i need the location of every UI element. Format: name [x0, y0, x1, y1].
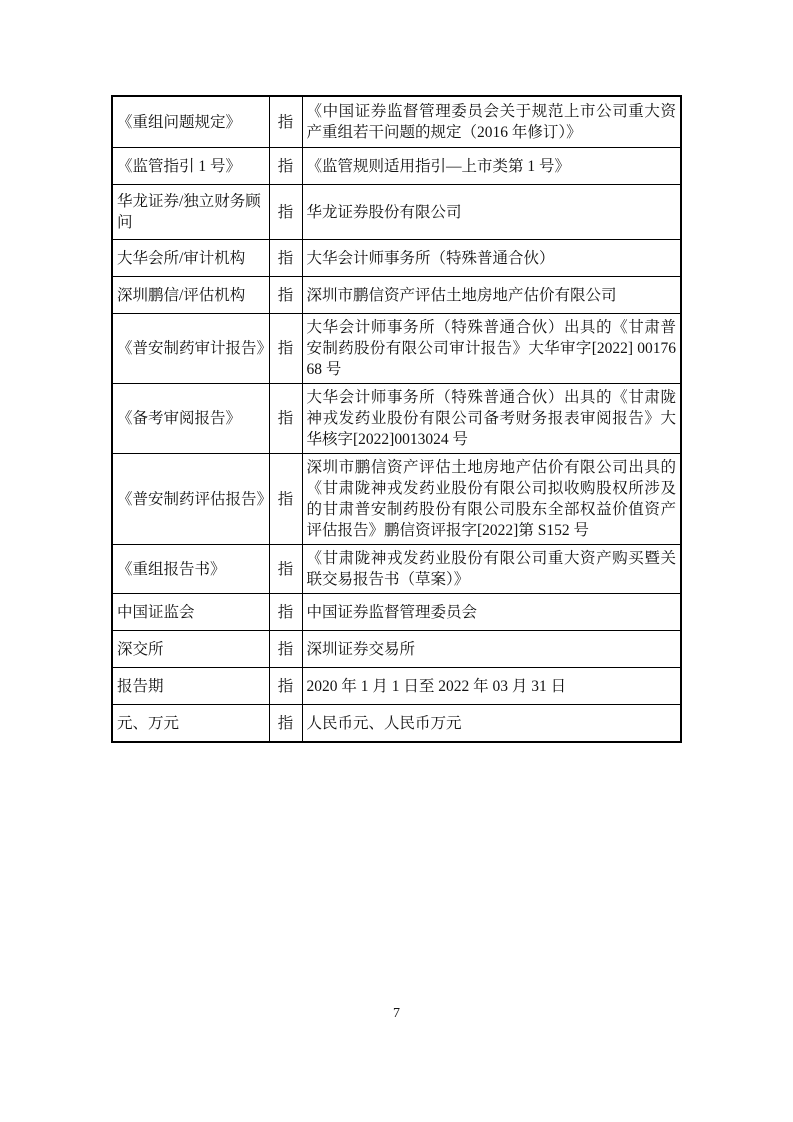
definition-cell: 大华会计师事务所（特殊普通合伙）出具的《甘肃普安制药股份有限公司审计报告》大华审… [302, 314, 681, 384]
indicator-cell: 指 [269, 240, 302, 277]
term-cell: 深交所 [112, 631, 269, 668]
term-cell: 深圳鹏信/评估机构 [112, 277, 269, 314]
table-row: 大华会所/审计机构 指 大华会计师事务所（特殊普通合伙） [112, 240, 681, 277]
definition-cell: 《中国证券监督管理委员会关于规范上市公司重大资产重组若干问题的规定（2016 年… [302, 96, 681, 148]
definition-cell: 《甘肃陇神戎发药业股份有限公司重大资产购买暨关联交易报告书（草案）》 [302, 545, 681, 594]
term-cell: 《普安制药评估报告》 [112, 454, 269, 545]
term-cell: 《监管指引 1 号》 [112, 148, 269, 185]
definition-cell: 中国证券监督管理委员会 [302, 594, 681, 631]
indicator-cell: 指 [269, 705, 302, 743]
table-row: 《重组报告书》 指 《甘肃陇神戎发药业股份有限公司重大资产购买暨关联交易报告书（… [112, 545, 681, 594]
indicator-cell: 指 [269, 668, 302, 705]
term-cell: 《重组问题规定》 [112, 96, 269, 148]
document-page: 《重组问题规定》 指 《中国证券监督管理委员会关于规范上市公司重大资产重组若干问… [0, 0, 793, 1122]
term-cell: 《普安制药审计报告》 [112, 314, 269, 384]
definition-cell: 《监管规则适用指引—上市类第 1 号》 [302, 148, 681, 185]
indicator-cell: 指 [269, 96, 302, 148]
table-row: 《监管指引 1 号》 指 《监管规则适用指引—上市类第 1 号》 [112, 148, 681, 185]
term-cell: 报告期 [112, 668, 269, 705]
indicator-cell: 指 [269, 594, 302, 631]
table-row: 报告期 指 2020 年 1 月 1 日至 2022 年 03 月 31 日 [112, 668, 681, 705]
definition-cell: 深圳市鹏信资产评估土地房地产估价有限公司 [302, 277, 681, 314]
term-cell: 《备考审阅报告》 [112, 384, 269, 454]
indicator-cell: 指 [269, 631, 302, 668]
indicator-cell: 指 [269, 185, 302, 240]
term-cell: 大华会所/审计机构 [112, 240, 269, 277]
definition-cell: 大华会计师事务所（特殊普通合伙） [302, 240, 681, 277]
table-row: 中国证监会 指 中国证券监督管理委员会 [112, 594, 681, 631]
table-row: 元、万元 指 人民币元、人民币万元 [112, 705, 681, 743]
table-row: 《重组问题规定》 指 《中国证券监督管理委员会关于规范上市公司重大资产重组若干问… [112, 96, 681, 148]
definition-cell: 深圳证券交易所 [302, 631, 681, 668]
indicator-cell: 指 [269, 384, 302, 454]
definition-cell: 人民币元、人民币万元 [302, 705, 681, 743]
indicator-cell: 指 [269, 545, 302, 594]
table-row: 华龙证券/独立财务顾问 指 华龙证券股份有限公司 [112, 185, 681, 240]
table-row: 深交所 指 深圳证券交易所 [112, 631, 681, 668]
table-row: 《备考审阅报告》 指 大华会计师事务所（特殊普通合伙）出具的《甘肃陇神戎发药业股… [112, 384, 681, 454]
term-cell: 元、万元 [112, 705, 269, 743]
term-cell: 《重组报告书》 [112, 545, 269, 594]
definition-cell: 华龙证券股份有限公司 [302, 185, 681, 240]
term-cell: 华龙证券/独立财务顾问 [112, 185, 269, 240]
definitions-table: 《重组问题规定》 指 《中国证券监督管理委员会关于规范上市公司重大资产重组若干问… [111, 95, 682, 743]
indicator-cell: 指 [269, 314, 302, 384]
indicator-cell: 指 [269, 454, 302, 545]
definition-cell: 大华会计师事务所（特殊普通合伙）出具的《甘肃陇神戎发药业股份有限公司备考财务报表… [302, 384, 681, 454]
definition-cell: 深圳市鹏信资产评估土地房地产估价有限公司出具的《甘肃陇神戎发药业股份有限公司拟收… [302, 454, 681, 545]
indicator-cell: 指 [269, 148, 302, 185]
table-row: 深圳鹏信/评估机构 指 深圳市鹏信资产评估土地房地产估价有限公司 [112, 277, 681, 314]
table-row: 《普安制药审计报告》 指 大华会计师事务所（特殊普通合伙）出具的《甘肃普安制药股… [112, 314, 681, 384]
definition-cell: 2020 年 1 月 1 日至 2022 年 03 月 31 日 [302, 668, 681, 705]
indicator-cell: 指 [269, 277, 302, 314]
page-number: 7 [0, 1006, 793, 1022]
definitions-table-body: 《重组问题规定》 指 《中国证券监督管理委员会关于规范上市公司重大资产重组若干问… [112, 96, 681, 742]
term-cell: 中国证监会 [112, 594, 269, 631]
table-row: 《普安制药评估报告》 指 深圳市鹏信资产评估土地房地产估价有限公司出具的《甘肃陇… [112, 454, 681, 545]
